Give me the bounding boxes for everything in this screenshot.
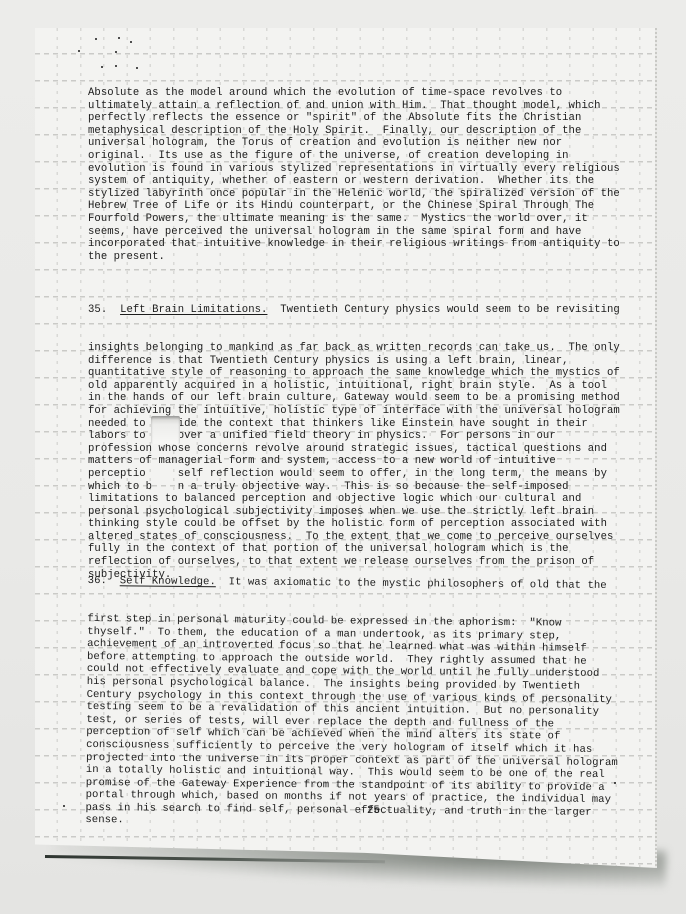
section-35-line: personal psychological subjectivity impo…	[88, 506, 620, 519]
section-35-line: limitations to balanced perception and o…	[88, 493, 620, 506]
paragraph-1-line: Absolute as the model around which the e…	[88, 87, 620, 100]
section-35-line: difference is that Twentieth Century phy…	[88, 355, 620, 368]
damaged-hole	[151, 416, 180, 444]
section-35-line: matters of managerial form and system, a…	[88, 455, 620, 468]
section-36-body: first step in personal maturity could be…	[85, 613, 619, 832]
paragraph-1-line: Hebrew Tree of Life or its Hindu counter…	[88, 200, 620, 213]
paragraph-1-line: perfectly reflects the essence or "spiri…	[88, 112, 620, 125]
section-35-line: thinking style could be offset by the ho…	[88, 518, 620, 531]
section-36: 36. Self Knowledge. It was axiomatic to …	[85, 550, 620, 857]
ink-speck	[95, 38, 97, 40]
ink-speck	[115, 51, 117, 53]
paragraph-1-line: ultimately attain a reflection of and un…	[88, 100, 620, 113]
paragraph-1-line: stylized labyrinth once popular in the H…	[88, 188, 620, 201]
ink-speck	[115, 65, 117, 67]
page-number: 25	[367, 805, 380, 817]
section-35-first-line: Twentieth Century physics would seem to …	[267, 304, 619, 316]
section-36-first-line: It was axiomatic to the mystic philosoph…	[216, 576, 607, 592]
ink-speck	[101, 66, 103, 68]
ink-speck	[136, 67, 138, 69]
section-36-number: 36.	[88, 575, 107, 587]
section-35-line: perceptio self reflection would seem to …	[88, 468, 620, 481]
ink-speck	[130, 41, 132, 43]
ink-speck	[63, 805, 65, 807]
section-35-line: which to b n a truly objective way. This…	[88, 481, 620, 494]
section-35-heading-line: 35. Left Brain Limitations. Twentieth Ce…	[88, 304, 620, 317]
section-35-line: altered states of consciousness. To the …	[88, 531, 620, 544]
document-page: Absolute as the model around which the e…	[35, 28, 657, 868]
section-35-line: insights belonging to mankind as far bac…	[88, 342, 620, 355]
ink-speck	[78, 50, 80, 52]
section-35-line: in the hands of our left brain culture, …	[88, 392, 620, 405]
paragraph-1-line: universal hologram, the Torus of creatio…	[88, 137, 620, 150]
section-35-line: quantitative style of reasoning to appro…	[88, 367, 620, 380]
ink-speck	[118, 37, 120, 39]
paragraph-1-line: original. Its use as the figure of the u…	[88, 150, 620, 163]
paragraph-1: Absolute as the model around which the e…	[88, 87, 620, 263]
section-36-heading-line: 36. Self Knowledge. It was axiomatic to …	[88, 575, 620, 593]
section-35-line: profession whose concerns revolve around…	[88, 443, 620, 456]
paragraph-1-line: seems, have perceived the universal holo…	[88, 226, 620, 239]
section-35-heading: Left Brain Limitations.	[120, 304, 267, 316]
paragraph-1-line: system of antiquity, whether of eastern …	[88, 175, 620, 188]
paragraph-1-line: Fourfold Powers, the ultimate meaning is…	[88, 213, 620, 226]
page-perforated-edge	[655, 28, 657, 868]
paragraph-1-line: the present.	[88, 251, 620, 264]
paragraph-1-line: metaphysical description of the Holy Spi…	[88, 125, 620, 138]
section-35-body: insights belonging to mankind as far bac…	[88, 342, 620, 581]
section-36-heading: Self Knowledge.	[120, 575, 216, 588]
paragraph-1-line: incorporated that intuitive knowledge in…	[88, 238, 620, 251]
section-35-number: 35.	[88, 304, 107, 316]
section-35-line: old apparently acquired in a holistic, i…	[88, 380, 620, 393]
paragraph-1-line: evolution is found in various stylized r…	[88, 163, 620, 176]
